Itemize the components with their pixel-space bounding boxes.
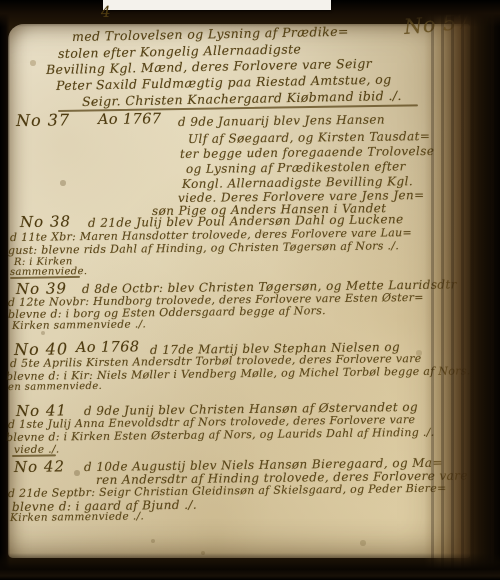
margin-note: Kirken sammenviede ./.	[10, 510, 144, 524]
entry-year: Ao 1767	[98, 111, 162, 128]
book-spine-shadow	[0, 0, 10, 580]
ink-mark: 4	[101, 3, 111, 21]
margin-note: Kirken sammenviede ./.	[12, 318, 146, 332]
manuscript-line: og Lysning af Prædikestolen efter	[186, 159, 406, 176]
manuscript-photo: med Trolovelsen og Lysning af Prædike= s…	[0, 0, 500, 580]
entry-number: No 42	[14, 457, 65, 476]
entry-number: No 38	[20, 212, 71, 231]
bottom-shadow	[0, 553, 500, 580]
entry-year: Ao 1768	[76, 339, 140, 356]
scan-strip	[103, 0, 331, 10]
manuscript-line: d 9de Januarij blev Jens Hansen	[178, 112, 385, 129]
page-edge-shadow	[424, 0, 500, 580]
entry-number: No 37	[16, 110, 70, 130]
margin-note: en sammenviede.	[8, 381, 102, 393]
